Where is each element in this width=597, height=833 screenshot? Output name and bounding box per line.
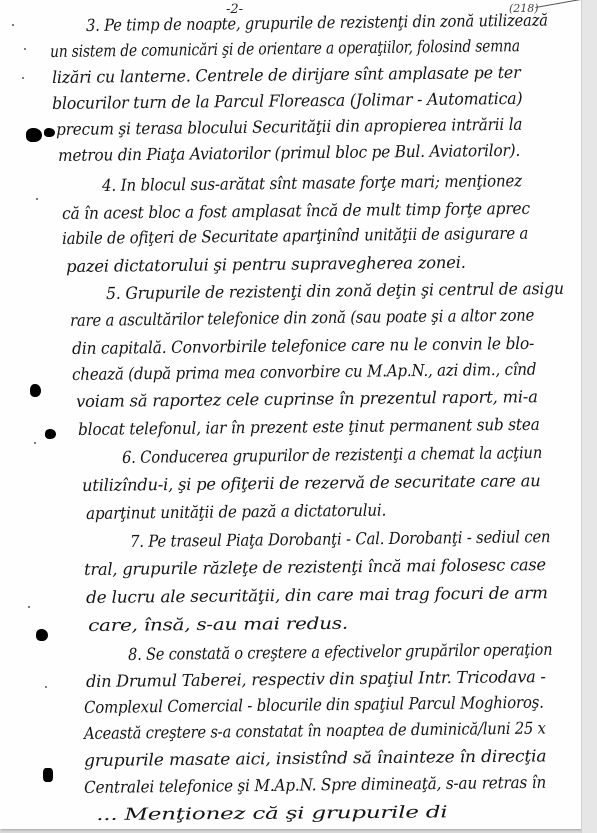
text-line: care, însă, s-au mai redus. — [88, 614, 348, 635]
ink-blot — [43, 768, 53, 782]
text-line: pazei dictatorului şi pentru supravegher… — [66, 253, 466, 276]
text-line: utilizîndu-i, şi pe ofiţerii de rezervă … — [82, 471, 541, 495]
text-line: precum şi terasa blocului Securităţii di… — [56, 115, 522, 139]
text-line: Centralei telefonice şi M.Ap.N. Spre dim… — [84, 773, 546, 797]
text-line: 8. Se constată o creştere a efectivelor … — [128, 640, 552, 664]
text-line: blocurilor turn de la Parcul Floreasca (… — [52, 89, 522, 113]
scrollbar[interactable] — [581, 0, 597, 833]
ink-blot — [44, 128, 55, 137]
text-line: 3. Pe timp de noapte, grupurile de rezis… — [86, 11, 548, 35]
text-line: un sistem de comunicări şi de orientare … — [50, 36, 520, 61]
scan-speck — [22, 77, 24, 79]
scan-speck — [36, 198, 38, 200]
document-page: -2- (218) 3. Pe timp de noapte, grupuril… — [0, 0, 582, 829]
text-line: blocat telefonul, iar în prezent este ţi… — [78, 415, 540, 439]
text-line: metrou din Piaţa Aviatorilor (primul blo… — [58, 141, 520, 165]
scan-speck — [34, 442, 36, 444]
text-line: că în acest bloc a fost amplasat încă de… — [62, 199, 530, 223]
ink-blot — [26, 128, 42, 142]
stamp-stroke — [535, 0, 580, 8]
text-line: 6. Conducerea grupurilor de rezistenţi a… — [122, 443, 542, 467]
text-line: 7. Pe traseul Piaţa Dorobanţi - Cal. Dor… — [130, 527, 550, 551]
text-line: chează (după prima mea convorbire cu M.A… — [72, 360, 536, 384]
text-line: lizări cu lanterne. Centrele de dirijare… — [52, 63, 520, 87]
scan-speck — [28, 606, 30, 608]
text-line: Această creştere s-a constatat în noapte… — [84, 719, 546, 743]
ink-blot — [30, 384, 41, 397]
scan-speck — [12, 24, 14, 26]
text-line: de lucru ale securităţii, din care mai t… — [86, 583, 548, 607]
text-line: voiam să raportez cele cuprinse în preze… — [76, 387, 538, 411]
scan-speck — [24, 48, 26, 50]
text-line: din Drumul Taberei, respectiv din spaţiu… — [86, 667, 546, 691]
text-line: rare a ascultărilor telefonice din zonă … — [70, 306, 534, 330]
scan-speck — [45, 686, 47, 688]
text-line: 5. Grupurile de rezistenţi din zonă deţi… — [106, 279, 564, 303]
text-line: Complexul Comercial - blocurile din spaţ… — [84, 693, 544, 717]
text-line: iabile de ofiţeri de Securitate aparţinî… — [62, 224, 528, 248]
text-line: 4. In blocul sus-arătat sînt masate forţ… — [102, 171, 522, 195]
ink-blot — [36, 629, 48, 641]
text-line: aparţinut unităţii de pază a dictatorulu… — [86, 501, 386, 523]
text-line: tral, grupurile răzleţe de rezistenţi în… — [84, 555, 546, 579]
ink-blot — [45, 429, 56, 439]
text-line: grupurile masate aici, insistînd să înai… — [84, 746, 546, 770]
text-line: ... Menţionez că şi grupurile di — [96, 802, 448, 824]
text-line: din capitală. Convorbirile telefonice ca… — [72, 334, 534, 358]
